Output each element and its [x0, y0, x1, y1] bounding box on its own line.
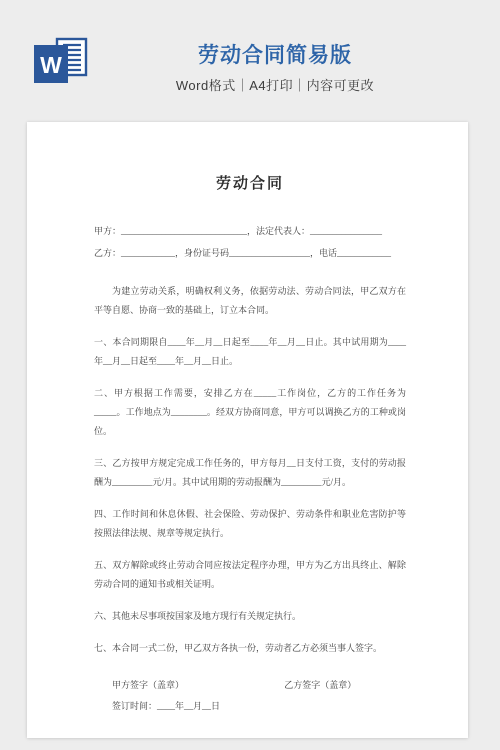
signing-date-line: 签订时间：____年__月__日: [94, 697, 406, 716]
contract-clause-2: 二、甲方根据工作需要，安排乙方在_____工作岗位，乙方的工作任务为_____。…: [94, 384, 406, 441]
contract-clause-3: 三、乙方按甲方规定完成工作任务的，甲方每月__日支付工资，支付的劳动报酬为___…: [94, 454, 406, 492]
party-a-line: 甲方：____________________________，法定代表人：__…: [94, 220, 406, 242]
contract-clause-6: 六、其他未尽事项按国家及地方现行有关规定执行。: [94, 607, 406, 626]
contract-clause-4: 四、工作时间和休息休假、社会保险、劳动保护、劳动条件和职业危害防护等按照法律法规…: [94, 505, 406, 543]
contract-clause-5: 五、双方解除或终止劳动合同应按法定程序办理，甲方为乙方出具终止、解除劳动合同的通…: [94, 556, 406, 594]
template-title: 劳动合同简易版: [88, 44, 462, 67]
document-page: 劳动合同 甲方：____________________________，法定代…: [27, 122, 468, 738]
header-text-block: 劳动合同简易版 Word格式｜A4打印｜内容可更改: [88, 44, 462, 94]
word-icon: W: [33, 37, 88, 83]
contract-clause-7: 七、本合同一式二份，甲乙双方各执一份，劳动者乙方必须当事人签字。: [94, 639, 406, 658]
signature-row: 甲方签字（盖章） 乙方签字（盖章）: [94, 676, 406, 695]
contract-clause-1: 一、本合同期限自____年__月__日起至____年__月__日止。其中试用期为…: [94, 333, 406, 371]
party-b-line: 乙方：____________，身份证号码__________________，…: [94, 242, 406, 264]
signature-party-a: 甲方签字（盖章）: [112, 676, 282, 695]
svg-text:W: W: [40, 52, 62, 78]
signature-party-b: 乙方签字（盖章）: [284, 680, 356, 690]
template-preview-canvas: { "colors": { "accent_blue": "#2d64a8", …: [0, 0, 500, 750]
contract-title: 劳动合同: [94, 174, 406, 194]
template-subtitle: Word格式｜A4打印｜内容可更改: [88, 75, 462, 94]
intro-paragraph: 为建立劳动关系，明确权利义务，依据劳动法、劳动合同法，甲乙双方在平等自愿、协商一…: [94, 282, 406, 320]
